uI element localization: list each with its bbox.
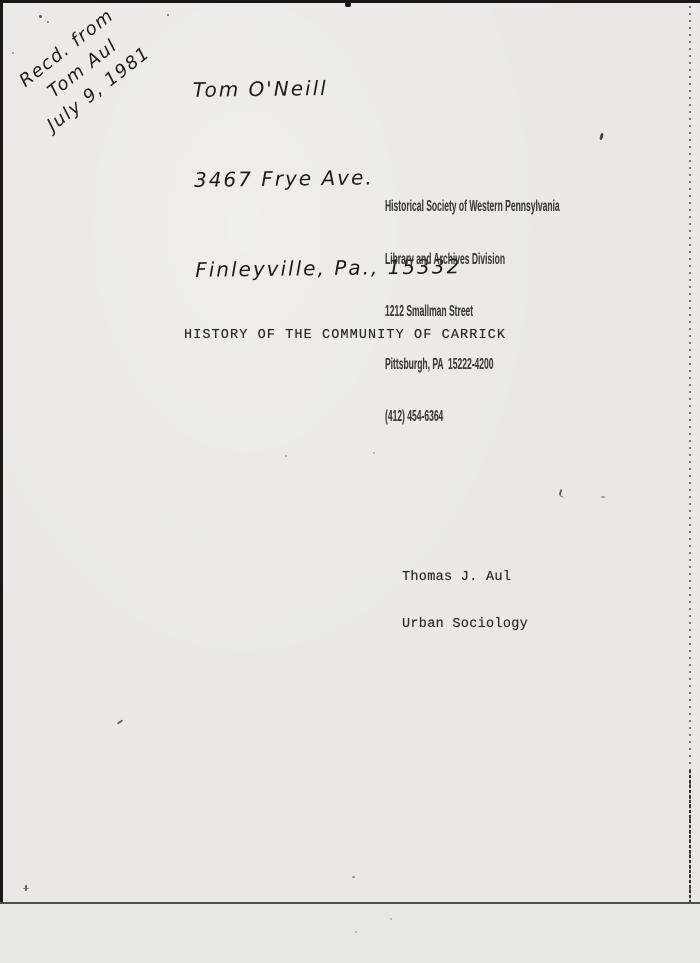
- library-stamp-line: 1212 Smallman Street: [385, 303, 560, 321]
- scan-speck: [47, 21, 49, 23]
- scan-edge-right: [689, 6, 691, 902]
- scan-speck: [558, 489, 566, 498]
- scan-edge-nub: [345, 3, 351, 7]
- scanned-page: Recd. from Tom Aul July 9, 1981 Tom O'Ne…: [0, 0, 700, 903]
- author-name: Thomas J. Aul: [402, 570, 528, 586]
- library-stamp-line: (412) 454-6364: [385, 408, 560, 426]
- library-stamp-line: Library and Archives Division: [385, 251, 560, 269]
- scan-speck: [373, 452, 375, 454]
- scan-speck: [23, 888, 29, 889]
- scan-edge-right-dense: [689, 770, 691, 902]
- scan-speck: [601, 496, 605, 498]
- library-stamp-line: Historical Society of Western Pennsylvan…: [385, 198, 560, 216]
- scan-speck: [390, 918, 392, 920]
- author-subject: Urban Sociology: [402, 617, 528, 633]
- scan-speck: [12, 52, 14, 54]
- scan-edge-left: [0, 0, 3, 903]
- received-note: Recd. from Tom Aul July 9, 1981: [0, 0, 177, 155]
- scan-speck: [355, 931, 357, 933]
- scan-speck: [599, 133, 604, 141]
- scan-speck: [167, 14, 169, 16]
- owner-address-line: Tom O'Neill: [193, 71, 459, 105]
- library-stamp-line: Pittsburgh, PA 15222-4200: [385, 356, 560, 374]
- document-title: HISTORY OF THE COMMUNITY OF CARRICK: [184, 328, 506, 343]
- author-credit: Thomas J. Aul Urban Sociology: [402, 538, 528, 664]
- scan-speck: [352, 876, 355, 878]
- scan-speck: [285, 455, 287, 457]
- scan-speck: [39, 15, 42, 18]
- scanner-bed-strip: [0, 905, 700, 963]
- scan-speck: [117, 719, 123, 724]
- library-stamp: Historical Society of Western Pennsylvan…: [385, 163, 560, 461]
- page-bottom-edge: [0, 902, 700, 904]
